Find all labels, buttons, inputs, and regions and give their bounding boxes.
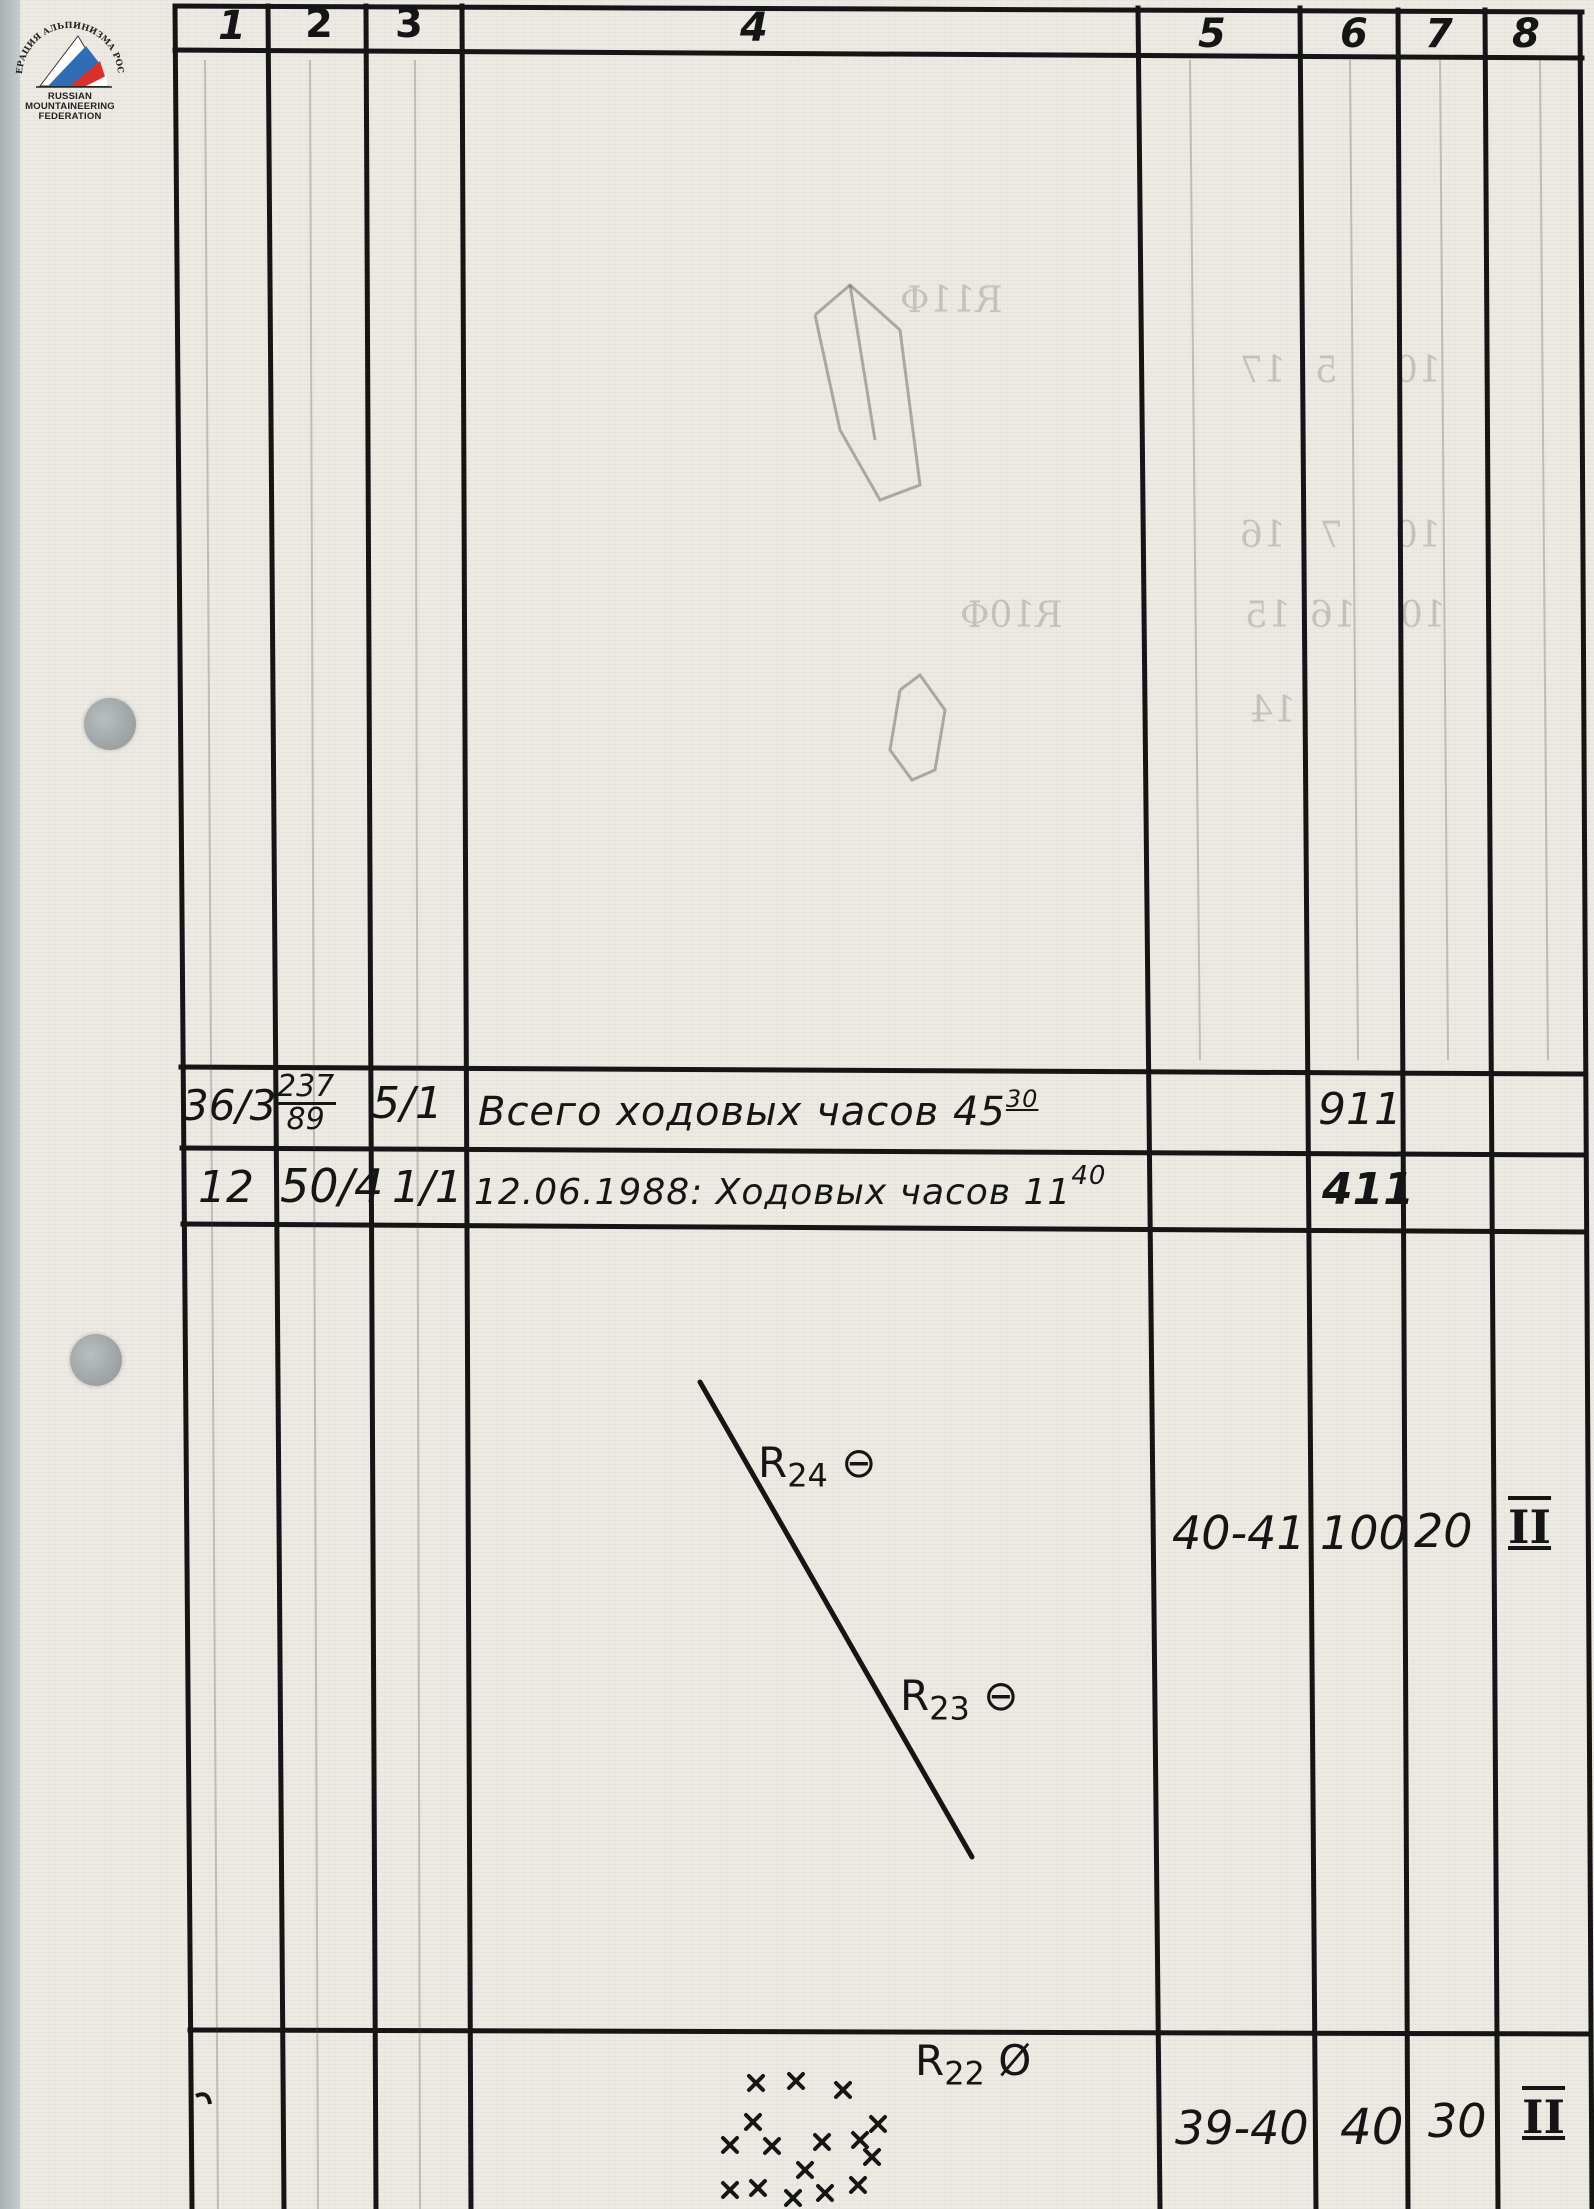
- cell-c7: 30: [1428, 2098, 1487, 2144]
- cell-c8-category: II: [1522, 2094, 1565, 2140]
- scree-field-marks: [0, 0, 1594, 2209]
- cell-c5: 39-40: [1175, 2105, 1309, 2151]
- cell-c6: 40: [1340, 2102, 1404, 2152]
